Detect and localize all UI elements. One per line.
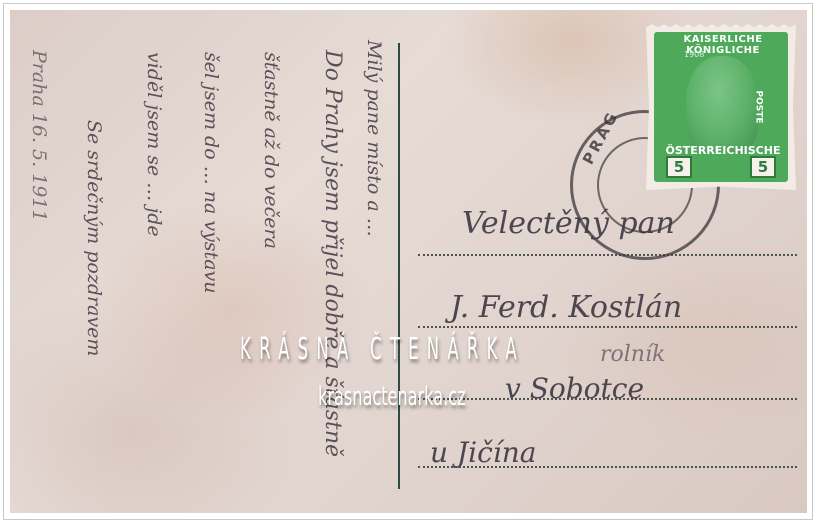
message-line: šťastně až do večera bbox=[260, 52, 282, 249]
address-recipient-name: J. Ferd. Kostlán bbox=[450, 290, 682, 325]
stamp-top-text: KAISERLICHE KÖNIGLICHE bbox=[664, 34, 782, 56]
watermark-title: KRÁSNÁ ČTENÁŘKA bbox=[240, 332, 525, 367]
address-line bbox=[418, 326, 797, 328]
emperor-portrait-icon bbox=[686, 56, 758, 154]
postcard: Milý pane místo a … Do Prahy jsem přijel… bbox=[10, 10, 807, 513]
address-region: u Jičína bbox=[430, 436, 536, 469]
message-line: Se srdečným pozdravem bbox=[83, 120, 105, 356]
watermark-url: krasnactenarka.cz bbox=[318, 382, 466, 412]
address-occupation: rolník bbox=[600, 342, 665, 367]
message-line: Milý pane místo a … bbox=[363, 40, 385, 237]
stamp-year: 1908 bbox=[684, 50, 704, 59]
postage-stamp: KAISERLICHE KÖNIGLICHE 1908 KAISERL POST… bbox=[646, 24, 796, 190]
stamp-value-right: 5 bbox=[750, 156, 776, 178]
address-line bbox=[418, 254, 797, 256]
stamp-value-left: 5 bbox=[666, 156, 692, 178]
divider-line bbox=[398, 43, 400, 489]
stamp-face: KAISERLICHE KÖNIGLICHE 1908 KAISERL POST… bbox=[654, 32, 788, 182]
stamp-right-text: POSTE bbox=[754, 90, 764, 123]
message-line: šel jsem do … na výstavu bbox=[200, 52, 222, 294]
message-line: viděl jsem se … jde bbox=[143, 52, 165, 237]
address-town: v Sobotce bbox=[505, 372, 644, 405]
message-date: Praha 16. 5. 1911 bbox=[28, 50, 50, 222]
